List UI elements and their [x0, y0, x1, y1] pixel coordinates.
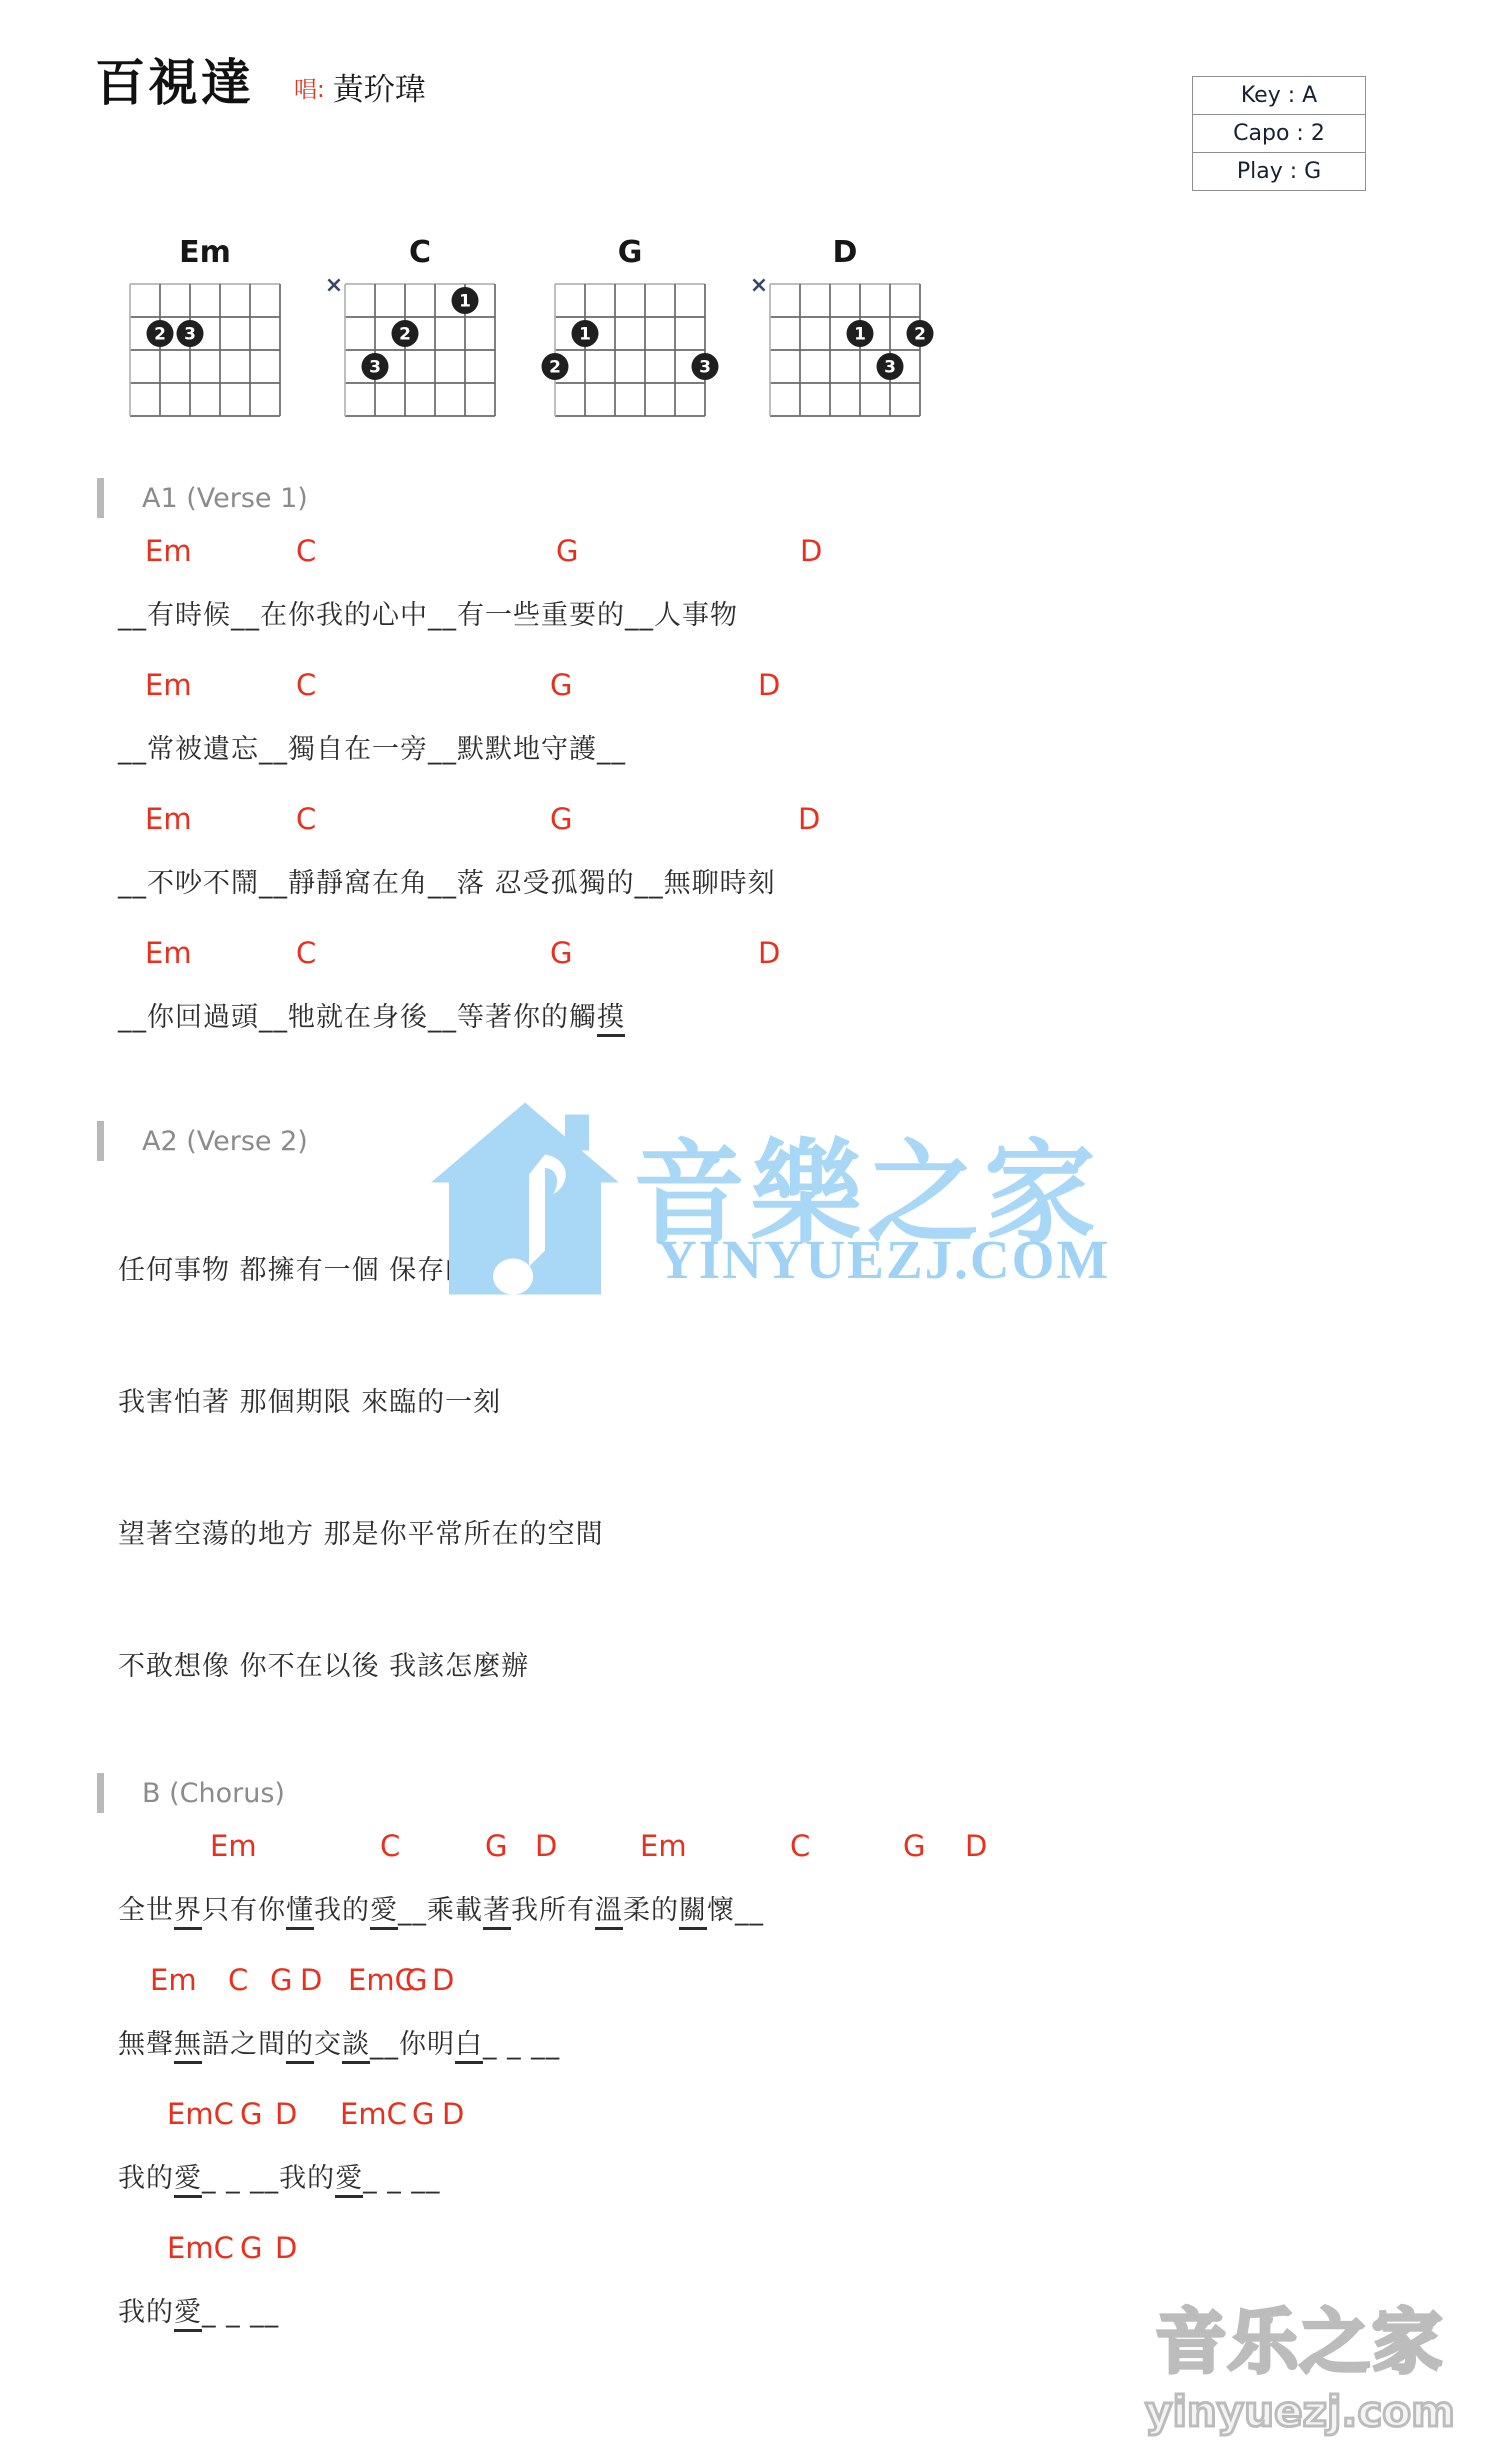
corner-watermark-domain: yinyuezj.com — [1125, 2387, 1475, 2436]
chord-line: EmCGD — [0, 802, 1500, 838]
chord-symbol: C — [380, 1829, 400, 1863]
chord-diagram-c: C×123 — [325, 234, 515, 436]
underlined-lyric: 摸 — [597, 1002, 625, 1037]
chord-symbol: D — [300, 1963, 322, 1997]
chord-diagram-label: G — [535, 234, 725, 272]
chord-symbol: G — [240, 2231, 262, 2265]
chord-symbol: D — [535, 1829, 557, 1863]
chord-symbol: D — [758, 668, 780, 702]
fretboard-grid-icon: 23 — [110, 272, 300, 432]
lyric-line: 我的愛_ _ __我的愛_ _ __ — [118, 2157, 1500, 2201]
sing-label: 唱: — [294, 71, 325, 111]
underlined-lyric: 著 — [483, 1895, 511, 1930]
underlined-lyric: 界 — [174, 1895, 202, 1930]
underlined-lyric: 的 — [286, 2029, 314, 2064]
chord-line: EmCGD — [0, 2231, 1500, 2267]
chord-symbol: G — [550, 802, 572, 836]
lyric-line: __你回過頭__牠就在身後__等著你的觸摸 — [118, 996, 1500, 1040]
chord-symbol: Em — [150, 1963, 197, 1997]
chord-symbol: C — [296, 668, 316, 702]
underlined-lyric: 愛 — [174, 2297, 202, 2332]
section: A1 (Verse 1)EmCGD__有時候__在你我的心中__有一些重要的__… — [0, 478, 1500, 1040]
chord-symbol: Em — [145, 668, 192, 702]
svg-text:×: × — [750, 273, 768, 298]
chord-symbol: D — [758, 936, 780, 970]
svg-text:1: 1 — [854, 325, 866, 345]
chord-symbol: EmC — [167, 2097, 234, 2131]
chord-symbol: G — [550, 668, 572, 702]
chord-symbol: G — [270, 1963, 292, 1997]
chord-symbol: C — [228, 1963, 248, 1997]
section: B (Chorus)EmCGDEmCGD全世界只有你懂我的愛__乘載著我所有溫柔… — [0, 1773, 1500, 2335]
section-header: B (Chorus) — [0, 1773, 1500, 1813]
chord-symbol: G — [412, 2097, 434, 2131]
info-row: Capo : 2 — [1193, 114, 1365, 152]
chord-symbol: G — [485, 1829, 507, 1863]
lyric-line: 望著空蕩的地方 那是你平常所在的空間 — [118, 1513, 1500, 1557]
lyric-line: __有時候__在你我的心中__有一些重要的__人事物 — [118, 594, 1500, 638]
chord-symbol: D — [275, 2097, 297, 2131]
chord-symbol: D — [275, 2231, 297, 2265]
section-bar — [97, 478, 104, 518]
underlined-lyric: 懂 — [286, 1895, 314, 1930]
artist-name: 黃玠瑋 — [333, 64, 426, 111]
underlined-lyric: 愛 — [335, 2163, 363, 2198]
chord-line: EmCGDEmCGD — [0, 2097, 1500, 2133]
lyric-line: 我的愛_ _ __ — [118, 2291, 1500, 2335]
lyric-line: 我害怕著 那個期限 來臨的一刻 — [118, 1381, 1500, 1425]
chord-line: EmCGD — [0, 936, 1500, 972]
chord-symbol: G — [556, 534, 578, 568]
chord-symbol: G — [240, 2097, 262, 2131]
chord-symbol: D — [798, 802, 820, 836]
chord-diagram-em: Em23 — [110, 234, 300, 436]
chord-line: EmCGDEmCGD — [0, 1963, 1500, 1999]
chord-diagram-label: D — [750, 234, 940, 272]
header: 百視達 唱: 黃玠瑋 — [95, 56, 426, 111]
svg-text:3: 3 — [884, 358, 896, 378]
chord-symbol: D — [965, 1829, 987, 1863]
section-label: A2 (Verse 2) — [142, 1126, 308, 1157]
lyric-line: 任何事物 都擁有一個 保存的期限 — [118, 1249, 1500, 1293]
chord-symbol: Em — [145, 802, 192, 836]
chord-symbol: C — [296, 802, 316, 836]
underlined-lyric: 談 — [342, 2029, 370, 2064]
chord-diagram-d: D×123 — [750, 234, 940, 436]
chord-symbol: C — [296, 936, 316, 970]
svg-text:3: 3 — [699, 358, 711, 378]
section-bar — [97, 1773, 104, 1813]
chord-symbol: C — [790, 1829, 810, 1863]
section: A2 (Verse 2)任何事物 都擁有一個 保存的期限我害怕著 那個期限 來臨… — [0, 1121, 1500, 1689]
svg-text:3: 3 — [184, 325, 196, 345]
lyric-line: 不敢想像 你不在以後 我該怎麼辦 — [118, 1645, 1500, 1689]
chord-line: EmCGDEmCGD — [0, 1829, 1500, 1865]
section-bar — [97, 1121, 104, 1161]
chord-symbol: Em — [640, 1829, 687, 1863]
chord-diagram-g: G123 — [535, 234, 725, 436]
svg-text:×: × — [325, 273, 343, 298]
section-label: B (Chorus) — [142, 1778, 285, 1809]
chord-symbol: EmC — [340, 2097, 407, 2131]
underlined-lyric: 溫 — [595, 1895, 623, 1930]
underlined-lyric: 無 — [174, 2029, 202, 2064]
svg-text:3: 3 — [369, 358, 381, 378]
underlined-lyric: 愛 — [174, 2163, 202, 2198]
lyric-line: 全世界只有你懂我的愛__乘載著我所有溫柔的關懷__ — [118, 1889, 1500, 1933]
chord-symbol: Em — [210, 1829, 257, 1863]
fretboard-grid-icon: 123 — [535, 272, 725, 432]
chord-symbol: G — [903, 1829, 925, 1863]
chord-symbol: EmC — [167, 2231, 234, 2265]
chord-symbol: D — [442, 2097, 464, 2131]
svg-text:2: 2 — [399, 325, 411, 345]
info-row: Key : A — [1193, 77, 1365, 114]
chord-symbol: Em — [145, 936, 192, 970]
chord-symbol: Em — [145, 534, 192, 568]
section-header: A2 (Verse 2) — [0, 1121, 1500, 1161]
section-header: A1 (Verse 1) — [0, 478, 1500, 518]
chord-symbol: C — [296, 534, 316, 568]
chord-diagram-label: C — [325, 234, 515, 272]
info-row: Play : G — [1193, 152, 1365, 190]
info-box: Key : ACapo : 2Play : G — [1192, 76, 1366, 191]
chord-diagrams: Em23C×123G123D×123 — [0, 234, 1500, 434]
fretboard-grid-icon: ×123 — [325, 272, 515, 432]
lyric-line: __不吵不鬧__靜靜窩在角__落 忍受孤獨的__無聊時刻 — [118, 862, 1500, 906]
svg-text:1: 1 — [579, 325, 591, 345]
fretboard-grid-icon: ×123 — [750, 272, 940, 432]
svg-text:2: 2 — [154, 325, 166, 345]
chord-symbol: D — [800, 534, 822, 568]
svg-text:2: 2 — [549, 358, 561, 378]
underlined-lyric: 白 — [455, 2029, 483, 2064]
underlined-lyric: 關 — [679, 1895, 707, 1930]
section-label: A1 (Verse 1) — [142, 483, 308, 514]
chord-line: EmCGD — [0, 534, 1500, 570]
chord-line: EmCGD — [0, 668, 1500, 704]
chord-symbol: G — [550, 936, 572, 970]
chord-symbol: D — [432, 1963, 454, 1997]
song-title: 百視達 — [95, 56, 254, 111]
svg-text:2: 2 — [914, 325, 926, 345]
underlined-lyric: 愛 — [370, 1895, 398, 1930]
svg-text:1: 1 — [459, 292, 471, 312]
lyric-line: 無聲無語之間的交談__你明白_ _ __ — [118, 2023, 1500, 2067]
chord-symbol: G — [405, 1963, 427, 1997]
chord-diagram-label: Em — [110, 234, 300, 272]
lyric-line: __常被遺忘__獨自在一旁__默默地守護__ — [118, 728, 1500, 772]
